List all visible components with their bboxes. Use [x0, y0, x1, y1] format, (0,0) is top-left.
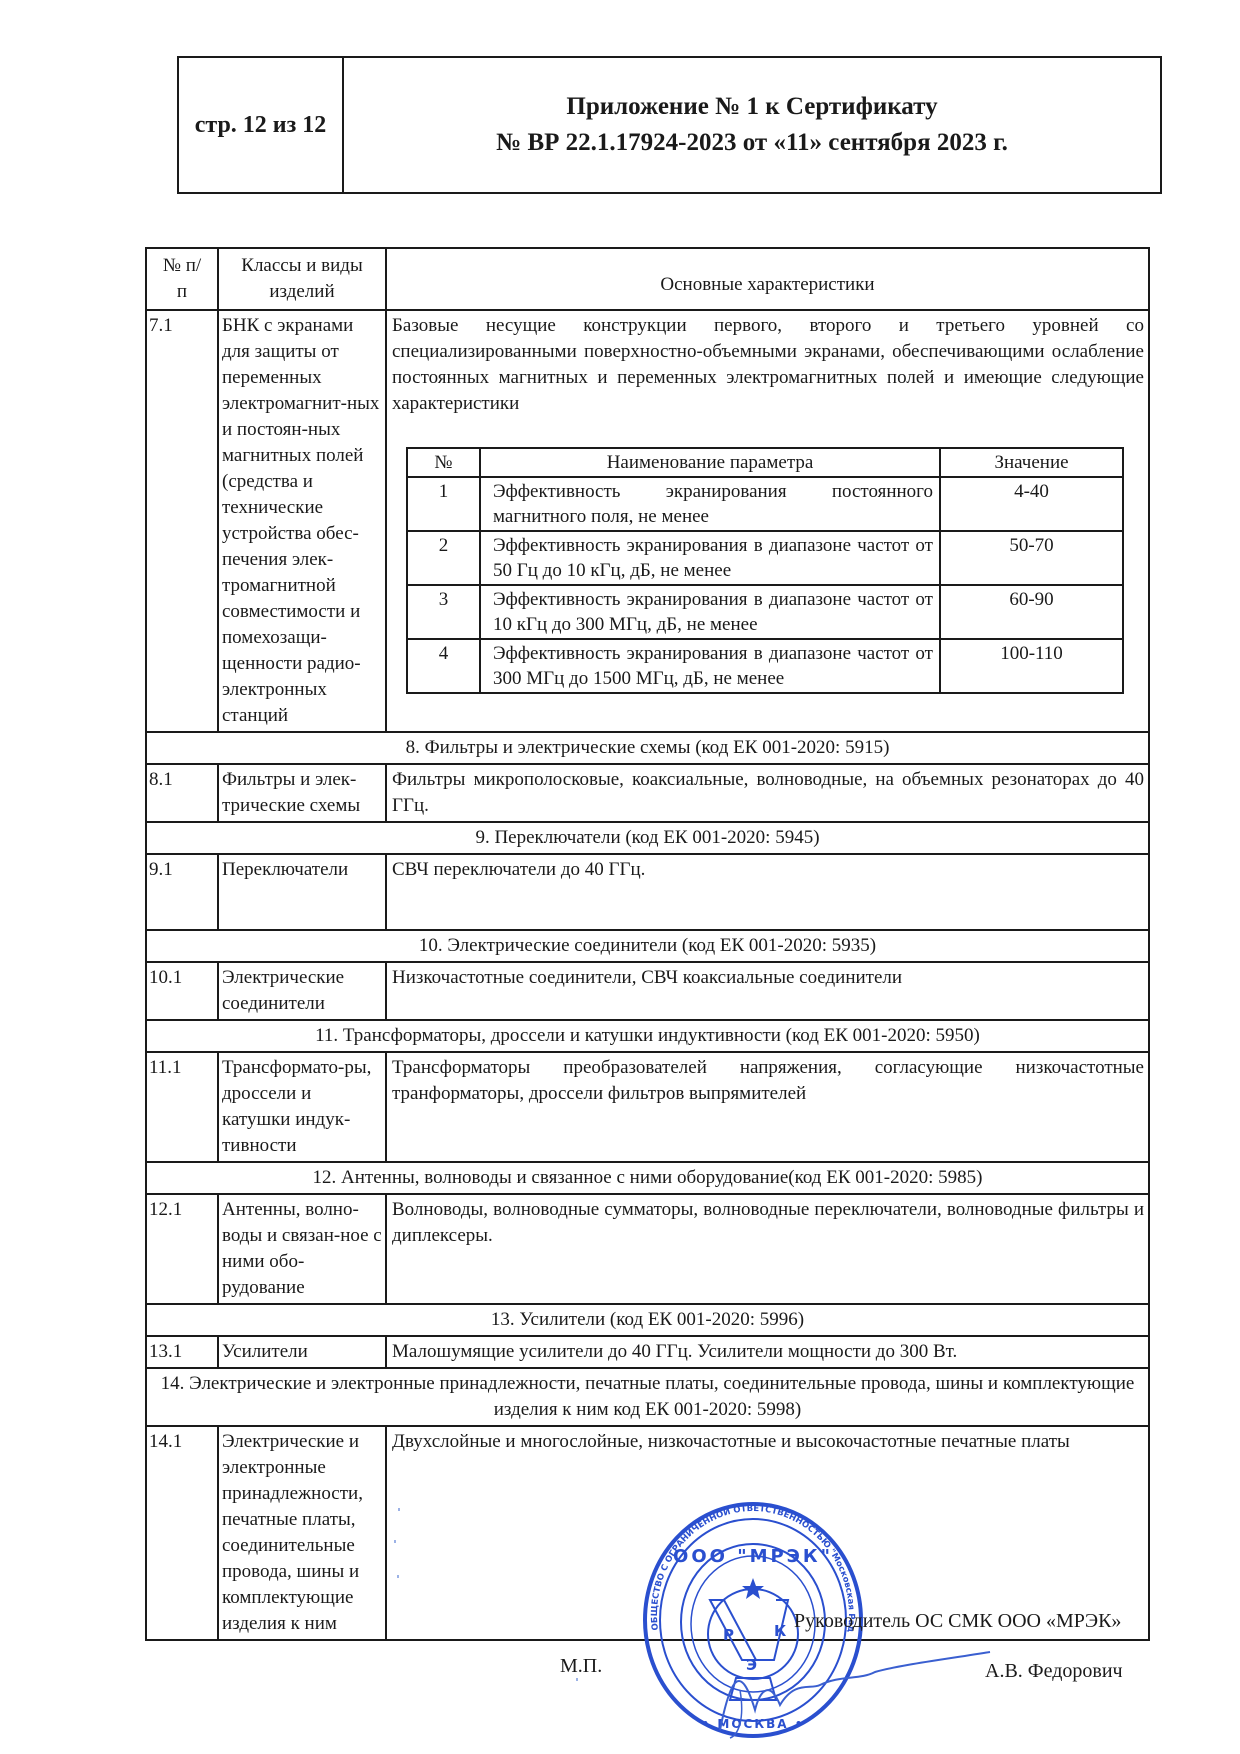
- product-description: Низкочастотные соединители, СВЧ коаксиал…: [386, 962, 1149, 1020]
- product-description: СВЧ переключатели до 40 ГГц.: [386, 854, 1149, 930]
- section-header-row: 8. Фильтры и электрические схемы (код ЕК…: [146, 732, 1149, 764]
- param-value: 4-40: [940, 477, 1123, 531]
- row-number: 7.1: [146, 310, 218, 732]
- row-number: 9.1: [146, 854, 218, 930]
- section-title: 13. Усилители (код ЕК 001-2020: 5996): [146, 1304, 1149, 1336]
- param-name: Эффективность экранирования в диапазоне …: [480, 531, 940, 585]
- param-value: 100-110: [940, 639, 1123, 693]
- param-value: 60-90: [940, 585, 1123, 639]
- parameter-row: 4Эффективность экранирования в диапазоне…: [407, 639, 1123, 693]
- col-header-num: № п/п: [146, 248, 218, 310]
- param-number: 1: [407, 477, 480, 531]
- signatory-name: А.В. Федорович: [985, 1660, 1123, 1683]
- param-col-num: №: [407, 448, 480, 477]
- param-number: 4: [407, 639, 480, 693]
- product-class: Трансформато-ры, дроссели и катушки инду…: [218, 1052, 386, 1162]
- product-description: Базовые несущие конструкции первого, вто…: [386, 310, 1149, 732]
- param-number: 3: [407, 585, 480, 639]
- param-value: 50-70: [940, 531, 1123, 585]
- section-header-row: 9. Переключатели (код ЕК 001-2020: 5945): [146, 822, 1149, 854]
- section-header-row: 10. Электрические соединители (код ЕК 00…: [146, 930, 1149, 962]
- section-header-row: 13. Усилители (код ЕК 001-2020: 5996): [146, 1304, 1149, 1336]
- product-description: Трансформаторы преобразователей напряжен…: [386, 1052, 1149, 1162]
- scan-speck: [398, 1508, 400, 1511]
- scan-speck: [397, 1575, 399, 1578]
- table-row: 12.1Антенны, волно-воды и связан-ное с н…: [146, 1194, 1149, 1304]
- product-class: Электрические и электронные принадлежнос…: [218, 1426, 386, 1640]
- parameters-header-row: № Наименование параметра Значение: [407, 448, 1123, 477]
- parameter-row: 3Эффективность экранирования в диапазоне…: [407, 585, 1123, 639]
- description-text: Базовые несущие конструкции первого, вто…: [392, 313, 1144, 417]
- section-header-row: 14. Электрические и электронные принадле…: [146, 1368, 1149, 1426]
- product-class: БНК с экранами для защиты от переменных …: [218, 310, 386, 732]
- row-number: 14.1: [146, 1426, 218, 1640]
- product-class: Электрические соединители: [218, 962, 386, 1020]
- table-row: 10.1Электрические соединителиНизкочастот…: [146, 962, 1149, 1020]
- col-header-characteristics: Основные характеристики: [386, 248, 1149, 310]
- col-header-classes: Классы и виды изделий: [218, 248, 386, 310]
- table-row: 9.1ПереключателиСВЧ переключатели до 40 …: [146, 854, 1149, 930]
- title-line-1: Приложение № 1 к Сертификату: [566, 89, 937, 125]
- product-description: Малошумящие усилители до 40 ГГц. Усилите…: [386, 1336, 1149, 1368]
- section-title: 9. Переключатели (код ЕК 001-2020: 5945): [146, 822, 1149, 854]
- document-header: стр. 12 из 12 Приложение № 1 к Сертифика…: [177, 56, 1162, 194]
- table-row: 7.1 БНК с экранами для защиты от перемен…: [146, 310, 1149, 732]
- section-title: 8. Фильтры и электрические схемы (код ЕК…: [146, 732, 1149, 764]
- svg-text:ООО "МРЭК": ООО "МРЭК": [673, 1546, 833, 1567]
- document-title: Приложение № 1 к Сертификату № ВР 22.1.1…: [344, 58, 1160, 192]
- product-class: Переключатели: [218, 854, 386, 930]
- scan-speck: [576, 1678, 578, 1681]
- certificate-appendix-table: № п/п Классы и виды изделий Основные хар…: [145, 247, 1150, 1641]
- table-row: 11.1Трансформато-ры, дроссели и катушки …: [146, 1052, 1149, 1162]
- table-header-row: № п/п Классы и виды изделий Основные хар…: [146, 248, 1149, 310]
- parameter-row: 2Эффективность экранирования в диапазоне…: [407, 531, 1123, 585]
- table-row: 13.1УсилителиМалошумящие усилители до 40…: [146, 1336, 1149, 1368]
- product-class: Антенны, волно-воды и связан-ное с ними …: [218, 1194, 386, 1304]
- row-number: 10.1: [146, 962, 218, 1020]
- parameter-row: 1Эффективность экранирования постоянного…: [407, 477, 1123, 531]
- param-name: Эффективность экранирования в диапазоне …: [480, 639, 940, 693]
- param-col-value: Значение: [940, 448, 1123, 477]
- table-row: 8.1Фильтры и элек-трические схемыФильтры…: [146, 764, 1149, 822]
- seal-place-label: М.П.: [560, 1655, 602, 1678]
- section-header-row: 11. Трансформаторы, дроссели и катушки и…: [146, 1020, 1149, 1052]
- scan-speck: [394, 1540, 396, 1543]
- param-number: 2: [407, 531, 480, 585]
- param-name: Эффективность экранирования постоянного …: [480, 477, 940, 531]
- section-header-row: 12. Антенны, волноводы и связанное с ним…: [146, 1162, 1149, 1194]
- handwritten-signature-icon: [700, 1620, 1000, 1740]
- row-number: 8.1: [146, 764, 218, 822]
- product-description: Фильтры микрополосковые, коаксиальные, в…: [386, 764, 1149, 822]
- param-col-name: Наименование параметра: [480, 448, 940, 477]
- product-class: Усилители: [218, 1336, 386, 1368]
- section-title: 10. Электрические соединители (код ЕК 00…: [146, 930, 1149, 962]
- param-name: Эффективность экранирования в диапазоне …: [480, 585, 940, 639]
- product-description: Волноводы, волноводные сумматоры, волнов…: [386, 1194, 1149, 1304]
- row-number: 12.1: [146, 1194, 218, 1304]
- product-class: Фильтры и элек-трические схемы: [218, 764, 386, 822]
- row-number: 11.1: [146, 1052, 218, 1162]
- section-title: 14. Электрические и электронные принадле…: [146, 1368, 1149, 1426]
- parameters-table: № Наименование параметра Значение 1Эффек…: [406, 447, 1124, 694]
- signatory-role: Руководитель ОС СМК ООО «МРЭК»: [794, 1610, 1121, 1633]
- title-line-2: № ВР 22.1.17924-2023 от «11» сентября 20…: [496, 125, 1008, 161]
- row-number: 13.1: [146, 1336, 218, 1368]
- section-title: 12. Антенны, волноводы и связанное с ним…: [146, 1162, 1149, 1194]
- page-number: стр. 12 из 12: [179, 58, 344, 192]
- section-title: 11. Трансформаторы, дроссели и катушки и…: [146, 1020, 1149, 1052]
